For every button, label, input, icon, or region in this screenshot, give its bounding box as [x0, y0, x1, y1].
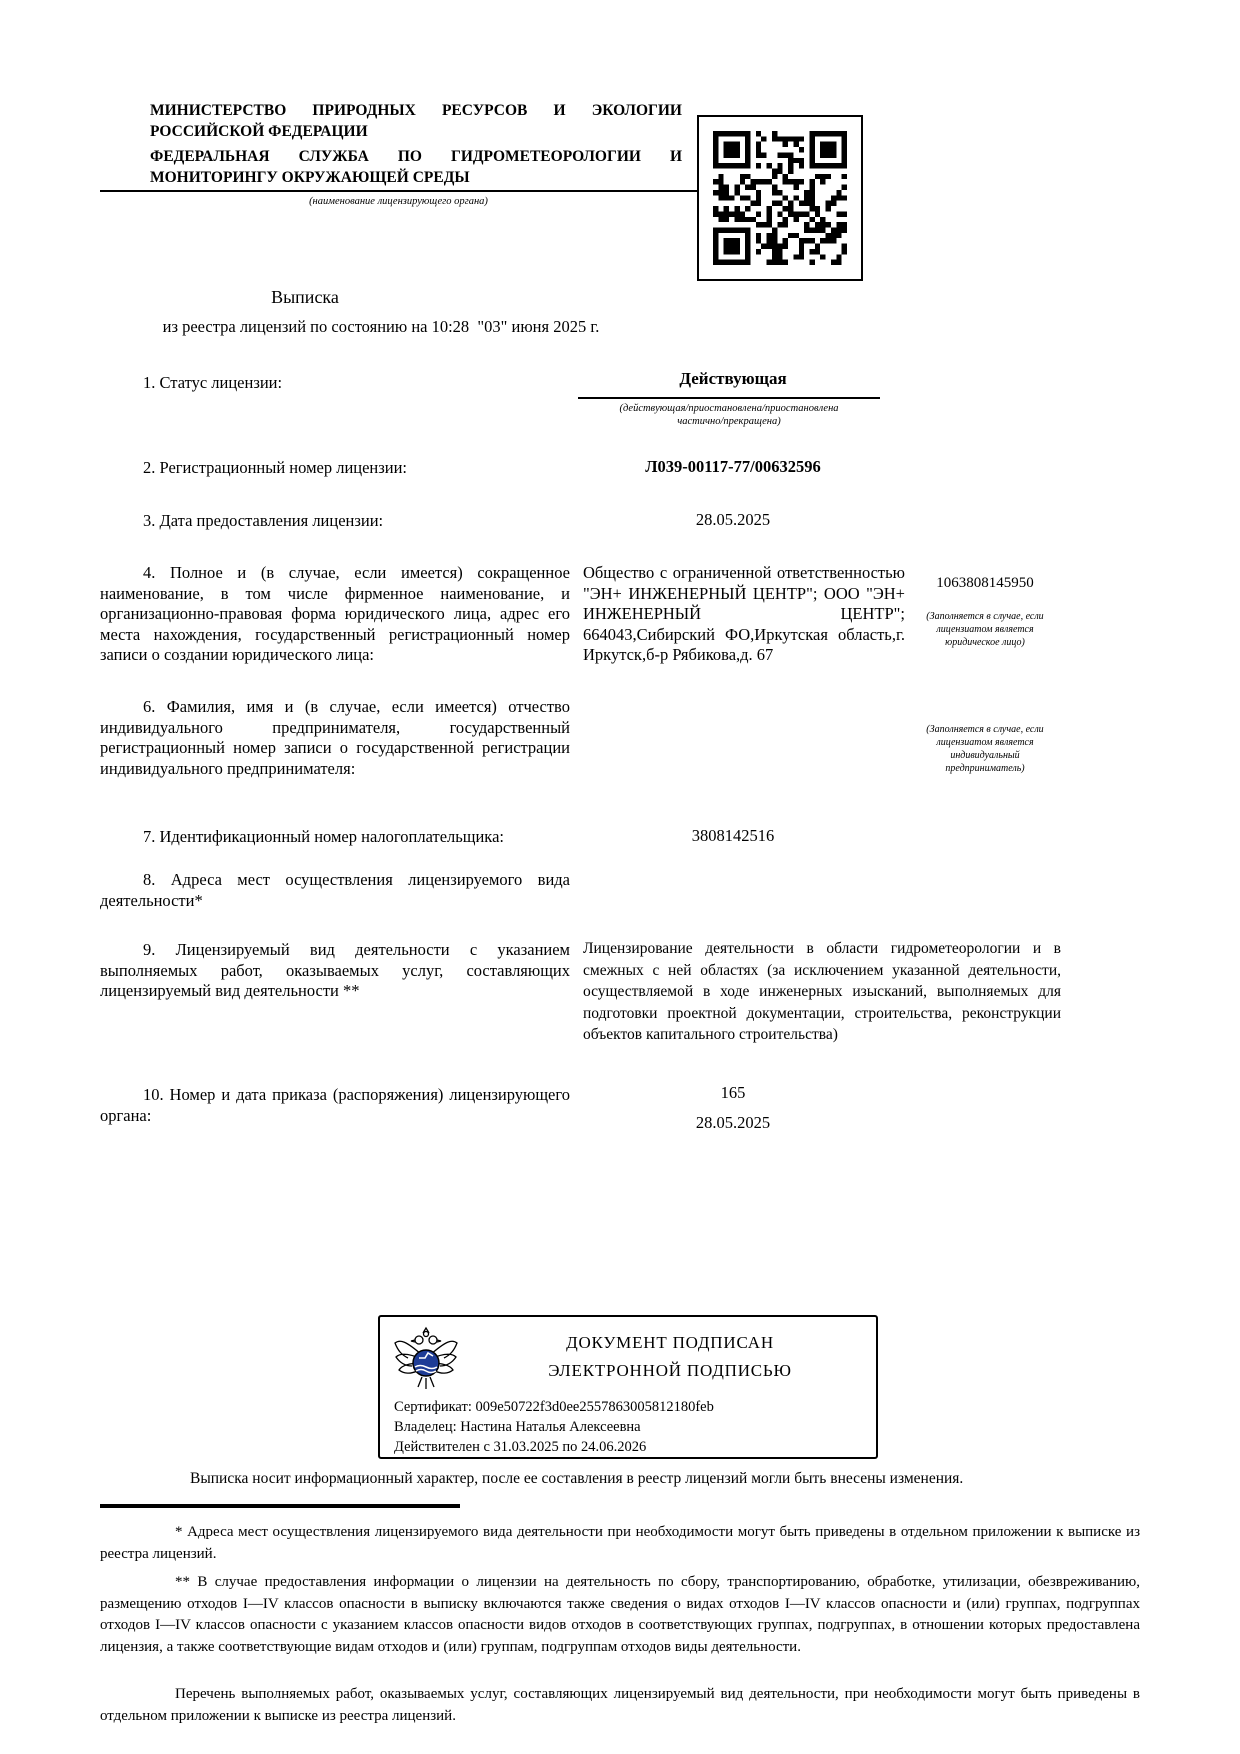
license-extract-page: МИНИСТЕРСТВО ПРИРОДНЫХ РЕСУРСОВ И ЭКОЛОГ…: [0, 0, 1240, 1754]
agency-name: ФЕДЕРАЛЬНАЯ СЛУЖБА ПО ГИДРОМЕТЕОРОЛОГИИ …: [150, 146, 682, 188]
item-7-label: 7. Идентификационный номер налогоплатель…: [100, 827, 570, 848]
status-underline: [578, 397, 880, 399]
signature-owner: Владелец: Настина Наталья Алексеевна: [394, 1419, 864, 1436]
signature-validity: Действителен с 31.03.2025 по 24.06.2026: [394, 1439, 864, 1456]
qr-code-icon: [713, 131, 847, 265]
inn-value: 3808142516: [583, 826, 883, 846]
qr-code: [697, 115, 863, 281]
order-number-value: 165: [583, 1083, 883, 1103]
signature-title-line1: ДОКУМЕНТ ПОДПИСАН: [472, 1333, 868, 1353]
footnote-2: ** В случае предоставления информации о …: [100, 1572, 1140, 1658]
item-6-label: 6. Фамилия, имя и (в случае, если имеетс…: [100, 697, 570, 779]
document-title: Выписка: [100, 287, 510, 308]
status-caption: (действующая/приостановлена/приостановле…: [608, 402, 850, 428]
item-10-label: 10. Номер и дата приказа (распоряжения) …: [100, 1085, 570, 1126]
item-3-label: 3. Дата предоставления лицензии:: [100, 511, 570, 532]
signature-certificate: Сертификат: 009e50722f3d0ee2557863005812…: [394, 1399, 864, 1416]
item-9-label: 9. Лицензируемый вид деятельности с указ…: [100, 940, 570, 1002]
item-1-label: 1. Статус лицензии:: [100, 373, 570, 394]
registration-number-value: Л039-00117-77/00632596: [583, 457, 883, 477]
ministry-name: МИНИСТЕРСТВО ПРИРОДНЫХ РЕСУРСОВ И ЭКОЛОГ…: [150, 100, 682, 142]
footnote-3: Перечень выполняемых работ, оказываемых …: [100, 1684, 1140, 1727]
item-8-label: 8. Адреса мест осуществления лицензируем…: [100, 870, 570, 911]
legal-entity-note: (Заполняется в случае, если лицензиатом …: [910, 610, 1060, 649]
item-2-label: 2. Регистрационный номер лицензии:: [100, 458, 570, 479]
item-4-label: 4. Полное и (в случае, если имеется) сок…: [100, 563, 570, 666]
header-caption: (наименование лицензирующего органа): [100, 195, 697, 208]
order-date-value: 28.05.2025: [583, 1113, 883, 1133]
electronic-signature-stamp: ДОКУМЕНТ ПОДПИСАН ЭЛЕКТРОННОЙ ПОДПИСЬЮ С…: [378, 1315, 878, 1459]
licensed-activity-value: Лицензирование деятельности в области ги…: [583, 938, 1061, 1046]
entrepreneur-note: (Заполняется в случае, если лицензиатом …: [910, 723, 1060, 775]
license-status-value: Действующая: [583, 369, 883, 389]
legal-entity-value: Общество с ограниченной ответственностью…: [583, 563, 905, 666]
header-underline: [100, 190, 697, 192]
document-subtitle: из реестра лицензий по состоянию на 10:2…: [100, 317, 662, 337]
grant-date-value: 28.05.2025: [583, 510, 883, 530]
footnote-divider: [100, 1504, 460, 1508]
ogrn-value: 1063808145950: [905, 575, 1065, 592]
footnote-1: * Адреса мест осуществления лицензируемо…: [100, 1522, 1140, 1565]
signature-title-line2: ЭЛЕКТРОННОЙ ПОДПИСЬЮ: [472, 1361, 868, 1381]
disclaimer-text: Выписка носит информационный характер, п…: [100, 1470, 1140, 1488]
eagle-emblem-icon: [392, 1325, 460, 1393]
